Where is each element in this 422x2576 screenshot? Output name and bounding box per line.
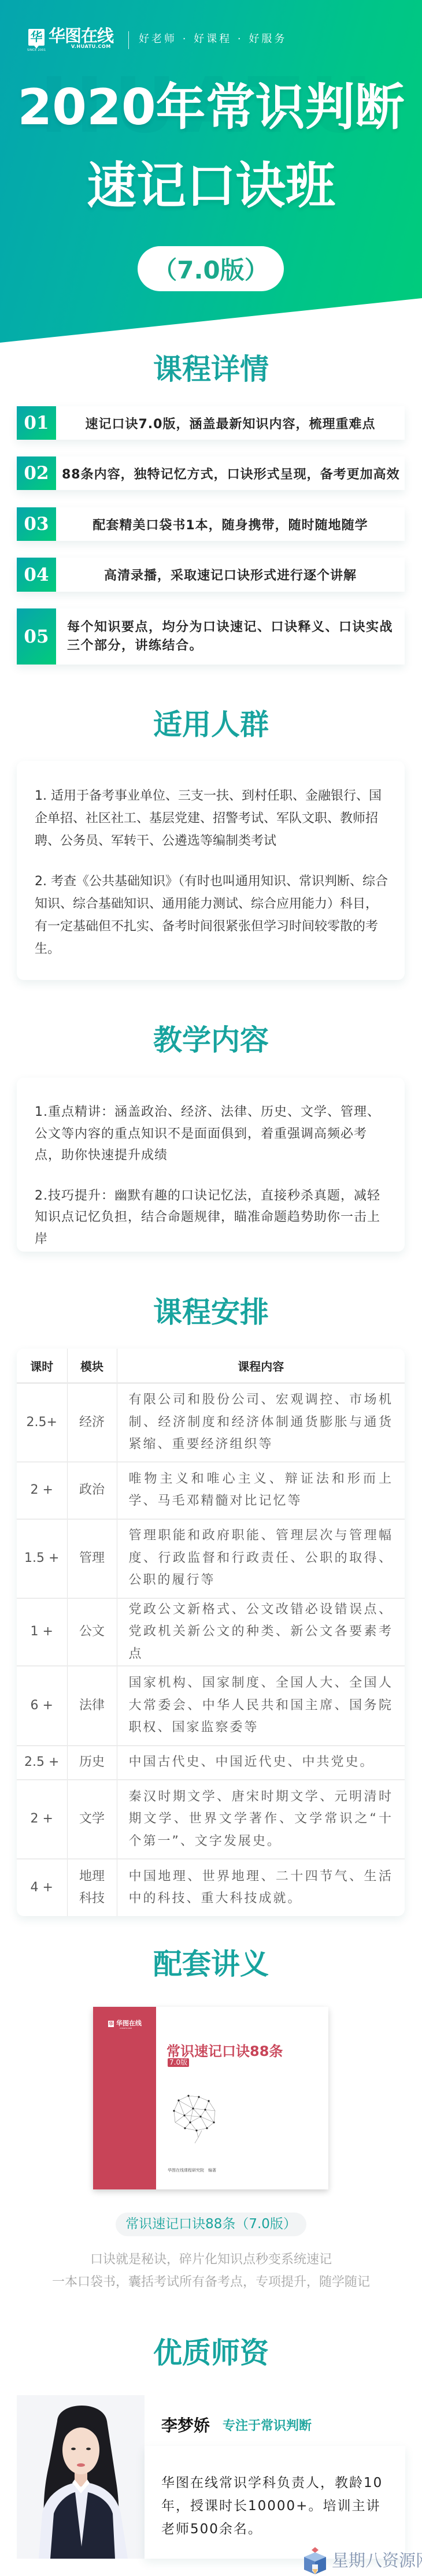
cell-module: 历史 xyxy=(67,1746,117,1780)
brand-slogan: 好老师 · 好课程 · 好服务 xyxy=(139,32,287,46)
cell-hours: 2 + xyxy=(17,1780,67,1859)
cell-hours: 2.5 + xyxy=(17,1746,67,1780)
table-row: 2.5 + 历史 中国古代史、中国近代史、中共党史。 xyxy=(17,1746,405,1780)
cell-module: 地理 科技 xyxy=(67,1859,117,1916)
detail-text: 每个知识要点，均分为口诀速记、口诀释义、口诀实战三个部分，讲练结合。 xyxy=(56,608,405,665)
section-title-audience: 适用人群 xyxy=(0,707,422,742)
site-watermark-text: 星期八资源网 xyxy=(332,2550,422,2571)
brand-since-text: SINCE 2001 xyxy=(27,49,46,52)
teaching-paragraph: 1.重点精讲：涵盖政治、经济、法律、历史、文学、管理、公文等内容的重点知识不是面… xyxy=(35,1101,388,1167)
module-label: 科技 xyxy=(68,1888,117,1910)
cell-content: 管理职能和政府职能、管理层次与管理幅度、行政监督和行政责任、公职的取得、公职的履… xyxy=(117,1519,405,1598)
book-version-badge: 7.0版 xyxy=(168,2058,189,2067)
teacher-name: 李梦娇 xyxy=(161,2415,210,2436)
detail-number: 01 xyxy=(17,406,56,440)
module-label: 管理 xyxy=(68,1547,117,1570)
hero-banner: HUATU 华 SINCE 2001 华图在线 V.HUATU.COM 好老师 … xyxy=(0,0,422,343)
book-brand-name: 华图在线 xyxy=(116,2020,142,2027)
table-row: 6 + 法律 国家机构、国家制度、全国人大、全国人大常委会、中华人民共和国主席、… xyxy=(17,1666,405,1746)
hero-title-line-2: 速记口诀班 xyxy=(0,159,422,213)
detail-item: 03 配套精美口袋书1本，随身携带，随时随地随学 xyxy=(17,507,405,541)
table-row: 2.5+ 经济 有限公司和股份公司、宏观调控、市场机制、经济制度和经济体制通货膨… xyxy=(17,1383,405,1462)
detail-item: 04 高清录播，采取速记口诀形式进行逐个讲解 xyxy=(17,558,405,592)
handout-description-line: 一本口袋书，囊括考试所有备考点，专项提升，随学随记 xyxy=(0,2271,422,2293)
cell-content: 中国地理、世界地理、二十四节气、生活中的科技、重大科技成就。 xyxy=(117,1859,405,1916)
cell-hours: 1 + xyxy=(17,1598,67,1666)
table-row: 2 + 文学 秦汉时期文学、唐宋时期文学、元明清时期文学、世界文学著作、文学常识… xyxy=(17,1780,405,1859)
module-label: 公文 xyxy=(68,1621,117,1643)
cell-hours: 4 + xyxy=(17,1859,67,1916)
course-promo-page: HUATU 华 SINCE 2001 华图在线 V.HUATU.COM 好老师 … xyxy=(0,0,422,2576)
module-label: 文学 xyxy=(68,1808,117,1831)
audience-card: 1. 适用于备考事业单位、三支一扶、到村任职、金融银行、国企单招、社区社工、基层… xyxy=(17,761,405,980)
table-row: 2 + 政治 唯物主义和唯心主义、辩证法和形而上学、马毛邓精髓对比记忆等 xyxy=(17,1462,405,1519)
teacher-bio: 华图在线常识学科负责人，教龄10年，授课时长10000+。培训主讲老师500余名… xyxy=(161,2475,383,2537)
cell-module: 经济 xyxy=(67,1383,117,1462)
book-title: 常识速记口诀88条 xyxy=(166,2043,283,2059)
cell-module: 管理 xyxy=(67,1519,117,1598)
detail-item: 02 88条内容，独特记忆方式，口诀形式呈现，备考更加高效 xyxy=(17,456,405,490)
module-label: 经济 xyxy=(68,1412,117,1434)
detail-number: 04 xyxy=(17,558,56,592)
column-header-content: 课程内容 xyxy=(117,1349,405,1383)
audience-paragraph: 1. 适用于备考事业单位、三支一扶、到村任职、金融银行、国企单招、社区社工、基层… xyxy=(35,785,388,852)
detail-text: 速记口诀7.0版，涵盖最新知识内容，梳理重难点 xyxy=(56,406,405,440)
schedule-table: 课时 模块 课程内容 2.5+ 经济 有限公司和股份公司、宏观调控、市场机制、经… xyxy=(17,1349,405,1916)
detail-number: 05 xyxy=(17,608,56,665)
cell-module: 公文 xyxy=(67,1598,117,1666)
teaching-paragraph: 2.技巧提升：幽默有趣的口诀记忆法，直接秒杀真题，减轻知识点记忆负担，结合命题规… xyxy=(35,1185,388,1250)
cell-hours: 2 + xyxy=(17,1462,67,1519)
detail-item: 01 速记口诀7.0版，涵盖最新知识内容，梳理重难点 xyxy=(17,406,405,440)
handout-caption: 常识速记口诀88条（7.0版） xyxy=(116,2213,306,2236)
brand-url: V.HUATU.COM xyxy=(71,44,111,49)
table-row: 1.5 + 管理 管理职能和政府职能、管理层次与管理幅度、行政监督和行政责任、公… xyxy=(17,1519,405,1598)
teaching-card: 1.重点精讲：涵盖政治、经济、法律、历史、文学、管理、公文等内容的重点知识不是面… xyxy=(17,1078,405,1252)
cell-hours: 2.5+ xyxy=(17,1383,67,1462)
brand-divider xyxy=(128,31,129,49)
detail-number: 02 xyxy=(17,456,56,490)
detail-text: 配套精美口袋书1本，随身携带，随时随地随学 xyxy=(56,507,405,541)
module-label: 历史 xyxy=(68,1751,117,1774)
book-brand-logo: 华 华图在线 V.HUATU.COM xyxy=(108,2020,142,2027)
section-title-teachers: 优质师资 xyxy=(0,2336,422,2370)
brain-network-icon xyxy=(167,2092,219,2144)
cell-content: 中国古代史、中国近代史、中共党史。 xyxy=(117,1746,405,1780)
book-author: 华图在线课程研究院 编著 xyxy=(168,2167,216,2173)
audience-paragraph: 2. 考查《公共基础知识》（有时也叫通用知识、常识判断、综合知识、综合基础知识、… xyxy=(35,870,388,960)
column-header-module: 模块 xyxy=(67,1349,117,1383)
brand-logo-icon: 华 xyxy=(28,29,45,46)
cell-hours: 6 + xyxy=(17,1666,67,1746)
handout-book-cover: 华 华图在线 V.HUATU.COM 常识速记口诀88条 7.0版 华图在线课程… xyxy=(93,2007,328,2189)
cell-content: 国家机构、国家制度、全国人大、全国人大常委会、中华人民共和国主席、国务院职权、国… xyxy=(117,1666,405,1746)
section-title-handout: 配套讲义 xyxy=(0,1947,422,1981)
module-label: 法律 xyxy=(68,1695,117,1717)
cell-hours: 1.5 + xyxy=(17,1519,67,1598)
book-spine xyxy=(93,2007,156,2189)
book-logo-icon: 华 xyxy=(108,2021,114,2027)
table-row: 4 + 地理 科技 中国地理、世界地理、二十四节气、生活中的科技、重大科技成就。 xyxy=(17,1859,405,1916)
detail-text: 88条内容，独特记忆方式，口诀形式呈现，备考更加高效 xyxy=(56,456,406,490)
detail-number: 03 xyxy=(17,507,56,541)
column-header-hours: 课时 xyxy=(17,1349,67,1383)
brand-name: 华图在线 xyxy=(49,27,113,44)
section-title-course-details: 课程详情 xyxy=(0,352,422,387)
teacher-bio-card: 华图在线常识学科负责人，教龄10年，授课时长10000+。培训主讲老师500余名… xyxy=(145,2446,405,2559)
section-title-schedule: 课程安排 xyxy=(0,1295,422,1330)
cell-content: 党政公文新格式、公文改错必设错误点、党政机关新公文的种类、新公文各要素考点 xyxy=(117,1598,405,1666)
detail-text: 高清录播，采取速记口诀形式进行逐个讲解 xyxy=(56,558,405,592)
detail-item: 05 每个知识要点，均分为口诀速记、口诀释义、口诀实战三个部分，讲练结合。 xyxy=(17,608,405,665)
cell-module: 政治 xyxy=(67,1462,117,1519)
cell-module: 文学 xyxy=(67,1780,117,1859)
cell-content: 秦汉时期文学、唐宋时期文学、元明清时期文学、世界文学著作、文学常识之“十个第一”… xyxy=(117,1780,405,1859)
cell-content: 有限公司和股份公司、宏观调控、市场机制、经济制度和经济体制通货膨胀与通货紧缩、重… xyxy=(117,1383,405,1462)
teacher-tagline: 专注于常识判断 xyxy=(223,2418,312,2435)
book-brand-url: V.HUATU.COM xyxy=(120,2027,132,2029)
table-row: 1 + 公文 党政公文新格式、公文改错必设错误点、党政机关新公文的种类、新公文各… xyxy=(17,1598,405,1666)
handout-description-line: 口诀就是秘诀，碎片化知识点秒变系统速记 xyxy=(0,2248,422,2271)
cell-module: 法律 xyxy=(67,1666,117,1746)
hero-title-line-1: 2020年常识判断 xyxy=(0,80,422,135)
teacher-photo xyxy=(17,2395,145,2559)
module-label: 地理 xyxy=(68,1866,117,1888)
table-header-row: 课时 模块 课程内容 xyxy=(17,1349,405,1383)
site-logo-icon xyxy=(303,2547,328,2574)
version-badge: （7.0版） xyxy=(138,246,284,291)
module-label: 政治 xyxy=(68,1479,117,1502)
cell-content: 唯物主义和唯心主义、辩证法和形而上学、马毛邓精髓对比记忆等 xyxy=(117,1462,405,1519)
section-title-teaching-content: 教学内容 xyxy=(0,1023,422,1057)
